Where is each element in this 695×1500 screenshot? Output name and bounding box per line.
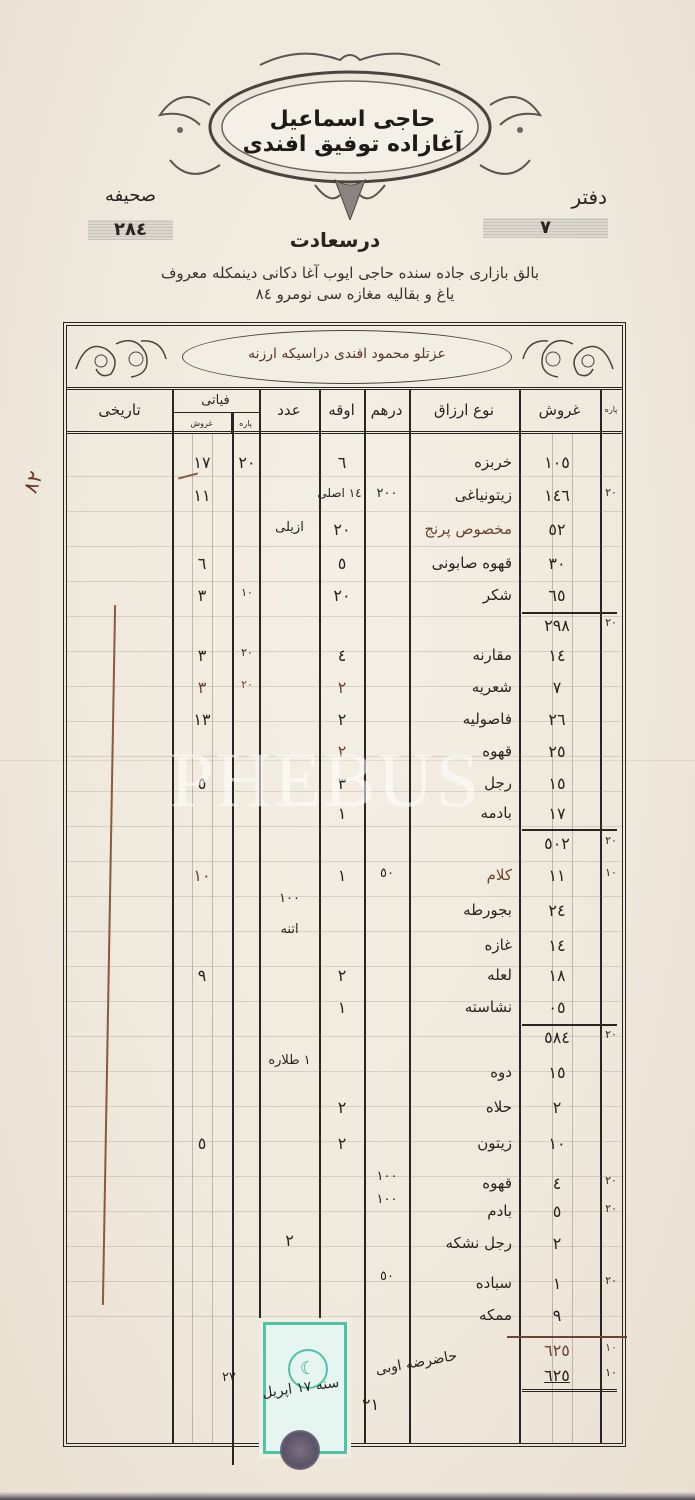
row-para: ٢٠ bbox=[602, 1202, 620, 1215]
row-kurus: ٦٥ bbox=[527, 586, 587, 605]
total-repeat-kurus: ٦٢٥ bbox=[527, 1366, 587, 1385]
row-kurus: ٢٤ bbox=[527, 901, 587, 920]
row-para: ٢٠ bbox=[602, 486, 620, 499]
col-head-tarih: تاریخی bbox=[67, 390, 172, 434]
row-okka: ٢ bbox=[322, 710, 362, 729]
row-kurus: ٣٠ bbox=[527, 554, 587, 573]
subtotal-kurus: ٥٠٢ bbox=[527, 834, 587, 853]
row-kurus: ٥٢ bbox=[527, 520, 587, 539]
row-okka: ١٤ اصلی bbox=[312, 486, 367, 500]
column-divider bbox=[364, 390, 366, 1443]
row-kurus: ٠٥ bbox=[527, 998, 587, 1017]
row-aded: اتنه bbox=[262, 922, 317, 937]
row-kurus: ١٠ bbox=[527, 1134, 587, 1153]
row-kurus: ١١ bbox=[527, 866, 587, 885]
row-kurus: ٧ bbox=[527, 678, 587, 697]
sahife-number: ٢٨٤ bbox=[88, 220, 173, 240]
subtotal-kurus: ٥٨٤ bbox=[527, 1028, 587, 1047]
row-aded: ٢ bbox=[262, 1231, 317, 1250]
page-edge bbox=[0, 1492, 695, 1500]
row-dirhem: ١٠٠ bbox=[365, 1192, 409, 1207]
row-okka: ٢ bbox=[322, 1098, 362, 1117]
row-aded: ازیلی bbox=[262, 520, 317, 535]
row-dirhem: ١٠٠ bbox=[365, 1169, 409, 1184]
row-kurus: ١٤ bbox=[527, 646, 587, 665]
row-item: دوه bbox=[412, 1063, 512, 1081]
city-name: درسعادت bbox=[280, 228, 390, 252]
header-cartouche: حاجی اسماعیل آغازاده توفیق افندی bbox=[140, 45, 560, 220]
defter-label: دفتر bbox=[571, 185, 607, 209]
row-para: ٢٠ bbox=[602, 1274, 620, 1287]
row-kurus: ٥ bbox=[527, 1202, 587, 1221]
row-dirhem: ٢٠٠ bbox=[365, 486, 409, 501]
total-repeat-para: ١٠ bbox=[602, 1366, 620, 1379]
row-kurus: ٢ bbox=[527, 1098, 587, 1117]
double-total-rule bbox=[522, 1389, 617, 1392]
subtotal-rule bbox=[522, 612, 617, 614]
row-fiyat-kurus: ٣ bbox=[177, 586, 227, 605]
col-head-dirhem: درهم bbox=[364, 390, 409, 434]
margin-note: ٨٢ bbox=[18, 468, 48, 496]
row-item: بادم bbox=[412, 1202, 512, 1220]
row-fiyat-para: ٢٠ bbox=[235, 453, 259, 472]
row-kurus: ١٤ bbox=[527, 936, 587, 955]
watermark: PHEBUS bbox=[170, 735, 481, 825]
row-okka: ٢ bbox=[322, 1134, 362, 1153]
merchant-name: حاجی اسماعیل آغازاده توفیق افندی bbox=[235, 107, 470, 157]
row-item: نشاسته bbox=[412, 998, 512, 1016]
row-item: بجورطه bbox=[412, 901, 512, 919]
subtotal-para: ٢٠ bbox=[602, 834, 620, 847]
row-okka: ٢ bbox=[322, 966, 362, 985]
row-kurus: ١٥ bbox=[527, 774, 587, 793]
row-fiyat-kurus: ١٣ bbox=[177, 710, 227, 729]
row-fiyat-kurus: ٥ bbox=[177, 1134, 227, 1153]
row-kurus: ١٨ bbox=[527, 966, 587, 985]
sahife-label: صحیفه bbox=[105, 185, 156, 206]
cancellation-seal bbox=[280, 1430, 320, 1470]
row-okka: ٦ bbox=[322, 453, 362, 472]
row-item: غازه bbox=[412, 936, 512, 954]
ledger-table: عزتلو محمود افندی دراسیکه ارزنه پاره غرو… bbox=[63, 322, 626, 1447]
col-head-fiyat-kurus: غروش bbox=[172, 412, 232, 434]
document-page: حاجی اسماعیل آغازاده توفیق افندی دفتر ٧ … bbox=[0, 0, 695, 1500]
row-kurus: ٢ bbox=[527, 1234, 587, 1253]
address-line-1: بالق بازاری جاده سنده حاجی ایوب آغا دکان… bbox=[150, 264, 550, 282]
row-item: قهوه bbox=[412, 1174, 512, 1192]
total-kurus: ٦٢٥ bbox=[527, 1341, 587, 1360]
col-head-item: نوع ارزاق bbox=[409, 390, 519, 434]
column-divider bbox=[319, 390, 321, 1443]
subtotal-para: ٢٠ bbox=[602, 616, 620, 629]
col-head-fiyat-para: پاره bbox=[232, 412, 259, 434]
row-okka: ٤ bbox=[322, 646, 362, 665]
row-fiyat-kurus: ١٠ bbox=[177, 866, 227, 885]
col-head-para: پاره bbox=[600, 390, 622, 434]
row-kurus: ١٥ bbox=[527, 1063, 587, 1082]
row-fiyat-para: ٢٠ bbox=[235, 646, 259, 659]
row-kurus: ١ bbox=[527, 1274, 587, 1293]
row-item: زیتون bbox=[412, 1134, 512, 1152]
row-kurus: ١٠٥ bbox=[527, 453, 587, 472]
row-kurus: ١٤٦ bbox=[527, 486, 587, 505]
row-item: شعریه bbox=[412, 678, 512, 696]
signature-number: ٢١ bbox=[362, 1395, 379, 1414]
row-fiyat-kurus: ٣ bbox=[177, 678, 227, 697]
subtotal-kurus: ٢٩٨ bbox=[527, 616, 587, 635]
row-fiyat-kurus: ٦ bbox=[177, 554, 227, 573]
col-head-okka: اوقه bbox=[319, 390, 364, 434]
signature-left: ٢٧ bbox=[222, 1370, 236, 1385]
subtotal-para: ٢٠ bbox=[602, 1028, 620, 1041]
row-item: حلاه bbox=[412, 1098, 512, 1116]
row-fiyat-para: ٢٠ bbox=[235, 678, 259, 691]
row-kurus: ١٧ bbox=[527, 804, 587, 823]
row-kurus: ٩ bbox=[527, 1306, 587, 1325]
row-okka: ١ bbox=[322, 866, 362, 885]
total-para: ١٠ bbox=[602, 1341, 620, 1354]
row-kurus: ٤ bbox=[527, 1174, 587, 1193]
row-fiyat-kurus: ٣ bbox=[177, 646, 227, 665]
row-item: شکر bbox=[412, 586, 512, 604]
row-item: لعله bbox=[412, 966, 512, 984]
row-item: مخصوص پرنج bbox=[412, 520, 512, 538]
row-item: کلام bbox=[412, 866, 512, 884]
row-fiyat-kurus: ٩ bbox=[177, 966, 227, 985]
row-item: مقارنه bbox=[412, 646, 512, 664]
row-okka: ٢ bbox=[322, 678, 362, 697]
row-fiyat-kurus: ١١ bbox=[177, 486, 227, 505]
row-dirhem: ٥٠ bbox=[365, 866, 409, 881]
row-kurus: ٢٥ bbox=[527, 742, 587, 761]
subtotal-rule bbox=[522, 829, 617, 831]
column-divider bbox=[259, 390, 261, 1443]
row-okka: ١ bbox=[322, 998, 362, 1017]
subtotal-rule bbox=[522, 1024, 617, 1026]
row-aded: ١ طلاره bbox=[262, 1053, 317, 1068]
row-fiyat-kurus: ١٧ bbox=[177, 453, 227, 472]
col-head-kurus: غروش bbox=[519, 390, 600, 434]
row-para: ١٠ bbox=[602, 866, 620, 879]
row-item: خربزه bbox=[412, 453, 512, 471]
row-dirhem: ٥٠ bbox=[365, 1269, 409, 1284]
row-okka: ٢٠ bbox=[322, 520, 362, 539]
total-rule bbox=[507, 1336, 627, 1338]
row-item: زیتونیاغی bbox=[412, 486, 512, 504]
column-divider bbox=[409, 390, 411, 1443]
row-item: ممکه bbox=[412, 1306, 512, 1324]
address-line-2: یاغ و بقالیه مغازه سی نومرو ٨٤ bbox=[220, 285, 490, 303]
column-divider bbox=[232, 412, 234, 1465]
scroll-ornament-icon bbox=[71, 329, 171, 387]
row-fiyat-para: ١٠ bbox=[235, 586, 259, 599]
column-divider bbox=[172, 390, 174, 1443]
row-okka: ٢٠ bbox=[322, 586, 362, 605]
column-headers: پاره غروش نوع ارزاق درهم اوقه عدد فیاتی … bbox=[67, 390, 622, 434]
defter-number: ٧ bbox=[483, 218, 608, 238]
row-para: ٢٠ bbox=[602, 1174, 620, 1187]
row-aded: ١٠٠ bbox=[262, 891, 317, 906]
addressee: عزتلو محمود افندی دراسیکه ارزنه bbox=[182, 346, 512, 362]
row-okka: ٥ bbox=[322, 554, 362, 573]
scroll-ornament-icon bbox=[518, 329, 618, 387]
col-head-aded: عدد bbox=[259, 390, 319, 434]
row-item: رجل نشکه bbox=[412, 1234, 512, 1252]
ledger-banner: عزتلو محمود افندی دراسیکه ارزنه bbox=[67, 326, 622, 390]
row-item: قهوه صابونی bbox=[412, 554, 512, 572]
column-divider bbox=[519, 390, 521, 1443]
col-head-fiyat: فیاتی bbox=[172, 390, 259, 412]
row-kurus: ٢٦ bbox=[527, 710, 587, 729]
row-item: فاصولیه bbox=[412, 710, 512, 728]
row-item: سباده bbox=[412, 1274, 512, 1292]
